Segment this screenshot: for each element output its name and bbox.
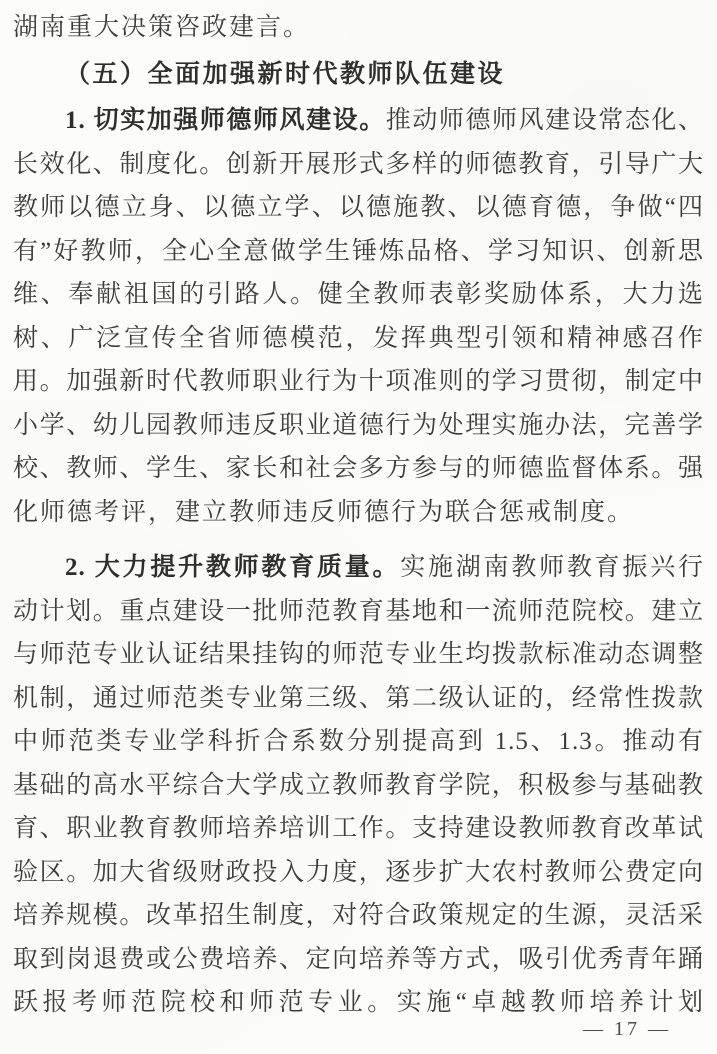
body-text: 育、职业教育教师培养培训工作。支持建设教师教育改革试 bbox=[13, 815, 704, 842]
body-text: 中师范类专业学科折合系数分别提高到 1.5、1.3。推动有 bbox=[13, 728, 704, 755]
item-lead-text: 1. 切实加强师德师风建设。 bbox=[65, 107, 386, 134]
body-text: 验区。加大省级财政投入力度，逐步扩大农村教师公费定向 bbox=[13, 859, 704, 886]
text-line: 育、职业教育教师培养培训工作。支持建设教师教育改革试 bbox=[13, 807, 704, 851]
text-line: 教师以德立身、以德立学、以德施教、以德育德，争做“四 bbox=[13, 186, 704, 230]
body-text: 实施湖南教师教育振兴行 bbox=[400, 554, 704, 581]
body-text: 取到岗退费或公费培养、定向培养等方式，吸引优秀青年踊 bbox=[13, 946, 704, 973]
body-text: 用。加强新时代教师职业行为十项准则的学习贯彻，制定中 bbox=[13, 368, 704, 395]
text-line: 有”好教师，全心全意做学生锤炼品格、学习知识、创新思 bbox=[13, 230, 704, 274]
document-page: 湖南重大决策咨政建言。（五）全面加强新时代教师队伍建设1. 切实加强师德师风建设… bbox=[0, 0, 717, 1054]
body-text: 动计划。重点建设一批师范教育基地和一流师范院校。建立 bbox=[13, 598, 704, 625]
text-line: 用。加强新时代教师职业行为十项准则的学习贯彻，制定中 bbox=[13, 360, 704, 404]
body-text: 机制，通过师范类专业第三级、第二级认证的，经常性拨款 bbox=[13, 685, 704, 712]
body-text: （五）全面加强新时代教师队伍建设 bbox=[65, 61, 505, 88]
text-line: 维、奉献祖国的引路人。健全教师表彰奖励体系，大力选 bbox=[13, 273, 704, 317]
text-line: 培养规模。改革招生制度，对符合政策规定的生源，灵活采 bbox=[13, 894, 704, 938]
body-text: 跃报考师范院校和师范专业。实施“卓越教师培养计划 bbox=[13, 989, 704, 1016]
body-text: 教师以德立身、以德立学、以德施教、以德育德，争做“四 bbox=[13, 194, 704, 221]
item-lead-text: 2. 大力提升教师教育质量。 bbox=[65, 554, 400, 581]
body-text: 培养规模。改革招生制度，对符合政策规定的生源，灵活采 bbox=[13, 902, 704, 929]
text-line: 1. 切实加强师德师风建设。推动师德师风建设常态化、 bbox=[13, 99, 704, 143]
text-line: 基础的高水平综合大学成立教师教育学院，积极参与基础教 bbox=[13, 764, 704, 808]
body-text: 湖南重大决策咨政建言。 bbox=[13, 14, 310, 41]
text-line: 湖南重大决策咨政建言。 bbox=[13, 6, 704, 50]
text-line: 机制，通过师范类专业第三级、第二级认证的，经常性拨款 bbox=[13, 677, 704, 721]
text-line: 取到岗退费或公费培养、定向培养等方式，吸引优秀青年踊 bbox=[13, 938, 704, 982]
section-heading: （五）全面加强新时代教师队伍建设 bbox=[13, 53, 704, 97]
text-line: 与师范专业认证结果挂钩的师范专业生均拨款标准动态调整 bbox=[13, 633, 704, 677]
body-text: 推动师德师风建设常态化、 bbox=[386, 107, 704, 134]
text-line: 动计划。重点建设一批师范教育基地和一流师范院校。建立 bbox=[13, 590, 704, 634]
text-line: 验区。加大省级财政投入力度，逐步扩大农村教师公费定向 bbox=[13, 851, 704, 895]
text-line: 长效化、制度化。创新开展形式多样的师德教育，引导广大 bbox=[13, 143, 704, 187]
body-text: 有”好教师，全心全意做学生锤炼品格、学习知识、创新思 bbox=[13, 238, 704, 265]
body-text: 基础的高水平综合大学成立教师教育学院，积极参与基础教 bbox=[13, 772, 704, 799]
text-line: 小学、幼儿园教师违反职业道德行为处理实施办法，完善学 bbox=[13, 404, 704, 448]
body-text: 校、教师、学生、家长和社会多方参与的师德监督体系。强 bbox=[13, 455, 704, 482]
text-line: 化师德考评，建立教师违反师德行为联合惩戒制度。 bbox=[13, 491, 704, 535]
text-line: 中师范类专业学科折合系数分别提高到 1.5、1.3。推动有 bbox=[13, 720, 704, 764]
body-text: 与师范专业认证结果挂钩的师范专业生均拨款标准动态调整 bbox=[13, 641, 704, 668]
body-text: 维、奉献祖国的引路人。健全教师表彰奖励体系，大力选 bbox=[13, 281, 704, 308]
body-text: 化师德考评，建立教师违反师德行为联合惩戒制度。 bbox=[13, 499, 634, 526]
body-text: 树、广泛宣传全省师德模范，发挥典型引领和精神感召作 bbox=[13, 325, 704, 352]
text-line: 校、教师、学生、家长和社会多方参与的师德监督体系。强 bbox=[13, 447, 704, 491]
body-text: 小学、幼儿园教师违反职业道德行为处理实施办法，完善学 bbox=[13, 412, 704, 439]
page-number: — 17 — bbox=[583, 1018, 671, 1041]
text-line: 树、广泛宣传全省师德模范，发挥典型引领和精神感召作 bbox=[13, 317, 704, 361]
body-text: 长效化、制度化。创新开展形式多样的师德教育，引导广大 bbox=[13, 151, 704, 178]
document-body: 湖南重大决策咨政建言。（五）全面加强新时代教师队伍建设1. 切实加强师德师风建设… bbox=[13, 6, 704, 1025]
text-line: 2. 大力提升教师教育质量。实施湖南教师教育振兴行 bbox=[13, 546, 704, 590]
